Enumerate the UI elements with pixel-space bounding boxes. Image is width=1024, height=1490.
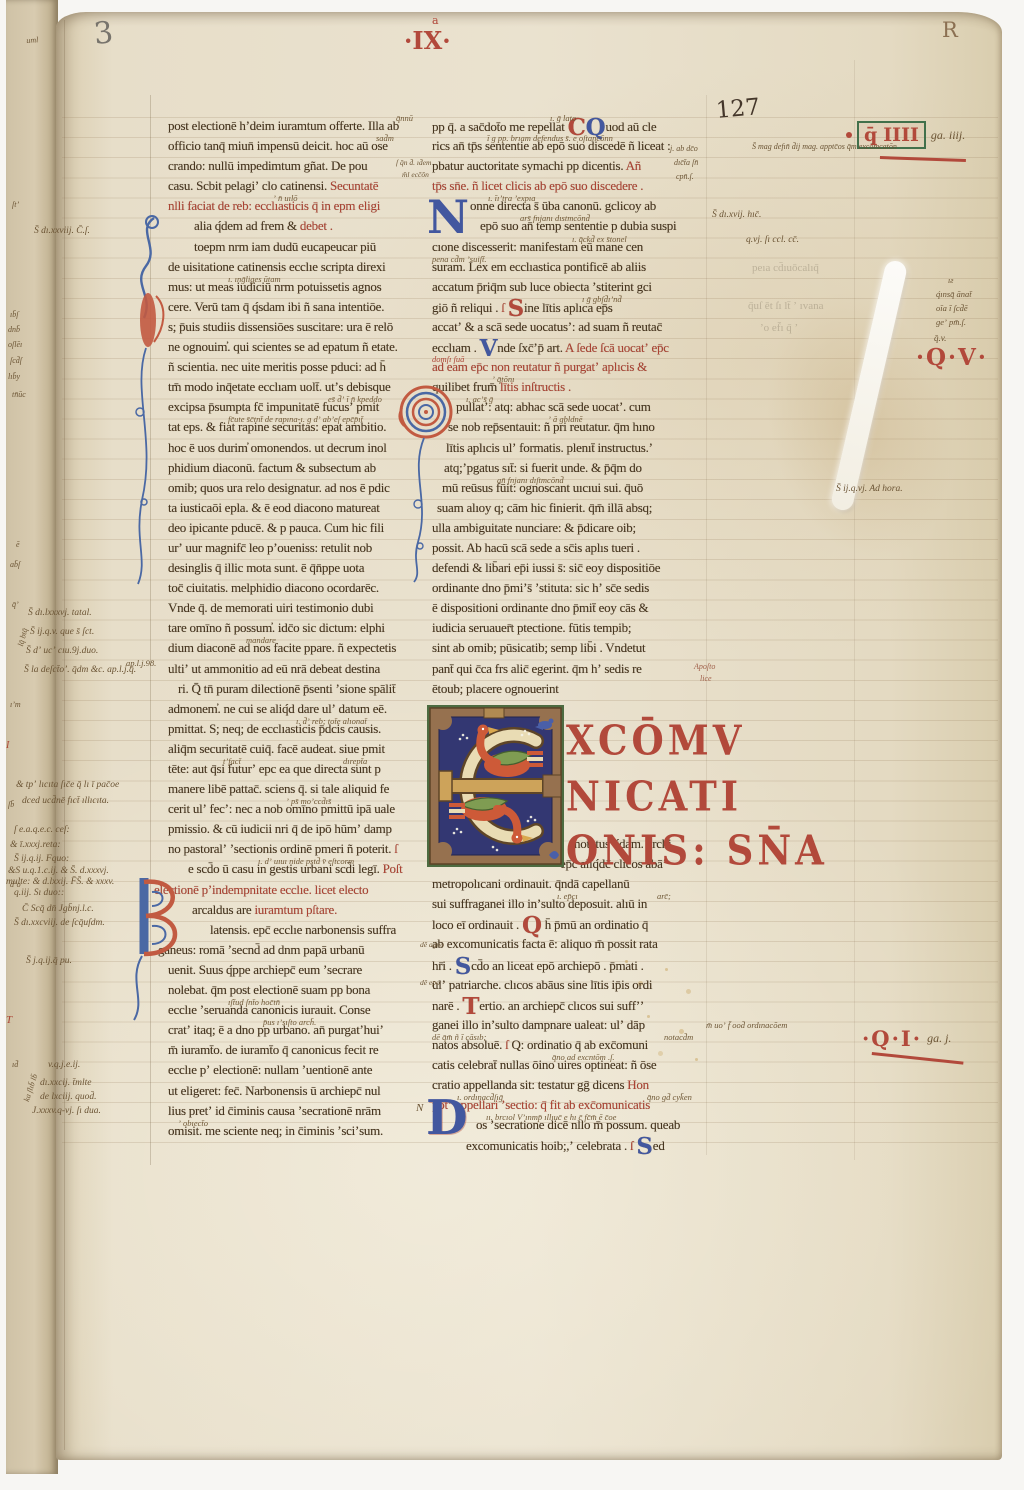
margin-note: q̄.v. [934,333,946,343]
margin-note: J.xxxv.q-vj. ſı dua. [32,1106,101,1116]
margin-note: lice [700,674,712,683]
margin-note: dē ag̃no [420,940,444,949]
margin-note: S̄ dı.xvij. hıc̄. [712,210,761,220]
margin-note: ıƨ [948,276,953,285]
margin-note: dced ucd̄nē fıct̄ ıllıcıta. [22,796,109,806]
margin-note: S̄ dı.xxviij. C̄.ſ. [34,226,90,236]
margin-note: S̄ ij.q.ij. Fquo: [14,854,69,864]
margin-note: S̄ ij.q.v. que s̄ ſct. [30,627,94,637]
margin-note: j. ab dc̄o [670,144,698,153]
margin-note: oīa ī ſcd̄ē [936,303,968,313]
manuscript-photo: umlſtʼıb̄ſdnb̄oſlēıſcd̄ſlıb̄ytn̄ūcēab̄ſq… [0,0,1024,1490]
margin-note: S̄ la deſct̄oʼ. q̄dm &c. ap.l.j.q̄. [24,665,136,675]
margin-note: ſ e.a.q.e.c. ceſ: [14,825,70,835]
margin-note: v.q.j.e.ij. [48,1060,80,1070]
margin-note: geʼ pm̄.ſ. [936,317,966,327]
margin-note: ka ſlıb̄ lb̄ [22,1073,39,1103]
margin-note: N [416,1102,423,1114]
margin-note: m̄l ecc̄ōn [402,170,429,179]
margin-note: ſ q̄n d̄. ıd̄em [396,158,431,167]
margin-note: S̄ j.q.ij.q̄ pu. [26,956,72,966]
margin-note: q.iij. Sı duo:: [14,888,64,898]
margin-note: peıa cd̄ıuōcalıq̄ [752,262,819,274]
margin-note: Apoſto [694,662,715,671]
margin-note: & tpʼ lıcıta ſıc̄e q̄ lı ī pac̄oe [16,780,119,790]
margin-note: q́ınsq̄ ānat̄ [936,289,972,299]
margin-note: S̄ dı.xxcviij. de ſcq̄uſdm. [14,918,105,928]
margin-note: cpn̄.ſ. [676,172,694,181]
margin-notes-layer: S̄ dı.xxviij. C̄.ſ.ap.l.j.98.S̄ dı.lxxxv… [0,0,1024,1490]
margin-note: dı.xxcij. t̄mlte [40,1078,91,1088]
margin-note: S̄ dı.lxxxvj. tatal. [28,608,92,618]
margin-note: q.vj. ſı ccl. cc̄. [746,235,799,245]
margin-note: S̄ dʼ ucʼ cıu.9j.duo. [26,646,98,656]
margin-note: S̄ ij.q.vj. Ad hora. [836,484,903,494]
margin-note: multe: & d.lxxij. F̄S̄. & xxxv. [6,877,114,887]
margin-note: S̄ mag defın̄ d̄ij mag. apptc̄os q̄m exc… [752,142,897,151]
margin-note: & ī.xxxj.reta: [10,840,61,850]
margin-note: de lxciij. quod̄. [40,1092,96,1102]
margin-note: &S u.q.1.c.ij. & S̄. d.xxxvj. [8,866,109,876]
margin-note: ʼo ef̄ı q̄ ʼ [760,322,798,334]
margin-note: q̄uſ ēt ſı lt̄ ʼ ıvana [748,300,823,312]
margin-note: dē ep̄o [420,978,440,987]
margin-note: lq̄ btq̄ [16,627,29,647]
margin-note: m̄ uoʼ f̄ ood̄ ordınacōem [706,1020,787,1030]
margin-note: C̄ Scq̄ dn̄ Jgb̄nj.l.c. [22,904,94,914]
margin-note: dıc̄t̄a ſn̄ [674,158,698,167]
